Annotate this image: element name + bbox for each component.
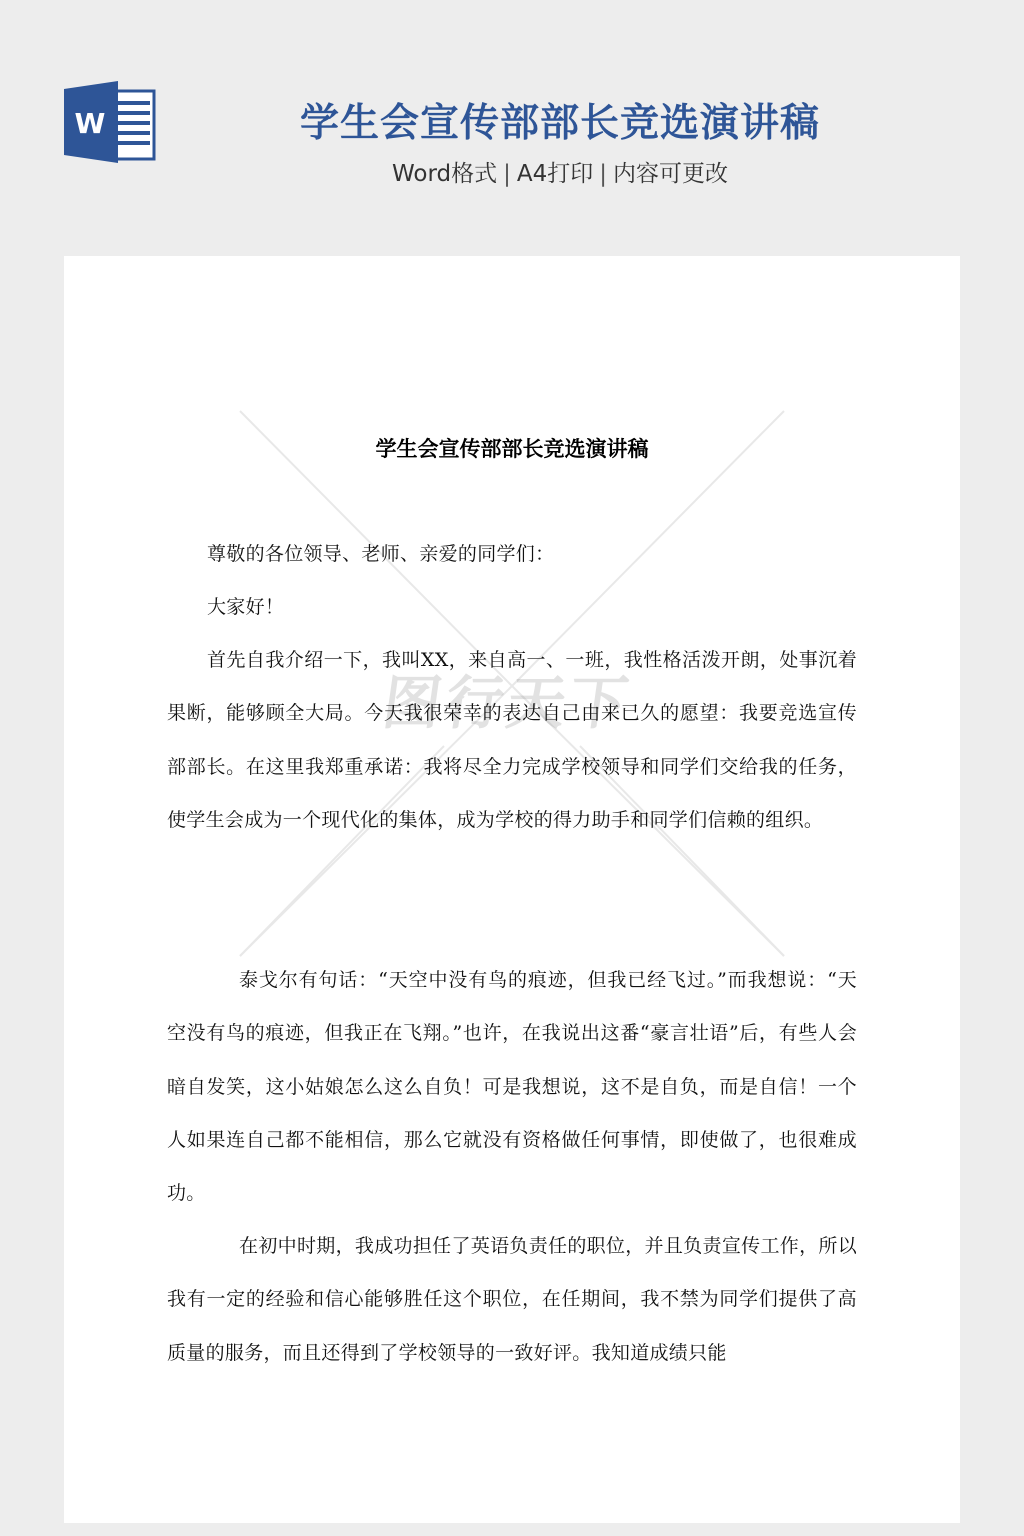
header-title: 学生会宣传部部长竞选演讲稿 (290, 92, 830, 148)
subtitle-separator: | (599, 161, 607, 187)
subtitle-print: A4打印 (517, 161, 593, 187)
document-title: 学生会宣传部部长竞选演讲稿 (167, 433, 857, 463)
document-page: 图行天下 学生会宣传部部长竞选演讲稿 尊敬的各位领导、老师、亲爱的同学们： 大家… (64, 256, 960, 1523)
paragraph-tagore-quote: 泰戈尔有句话：“天空中没有鸟的痕迹，但我已经飞过。”而我想说：“天空没有鸟的痕迹… (167, 954, 857, 1220)
header-banner: W 学生会宣传部部长竞选演讲稿 Word格式|A4打印|内容可更改 (0, 0, 1024, 256)
subtitle-editable: 内容可更改 (613, 161, 728, 187)
header-subtitle: Word格式|A4打印|内容可更改 (290, 155, 830, 188)
paragraph-introduction: 首先自我介绍一下，我叫XX，来自高一、一班，我性格活泼开朗，处事沉着果断，能够顾… (167, 634, 857, 847)
paragraph-greeting: 尊敬的各位领导、老师、亲爱的同学们： (167, 528, 857, 581)
paragraph-hello: 大家好！ (167, 581, 857, 634)
subtitle-format: Word格式 (392, 161, 497, 187)
word-document-icon: W (64, 81, 156, 163)
paragraph-experience: 在初中时期，我成功担任了英语负责任的职位，并且负责宣传工作，所以我有一定的经验和… (167, 1220, 857, 1380)
subtitle-separator: | (503, 161, 511, 187)
svg-text:W: W (75, 107, 106, 140)
